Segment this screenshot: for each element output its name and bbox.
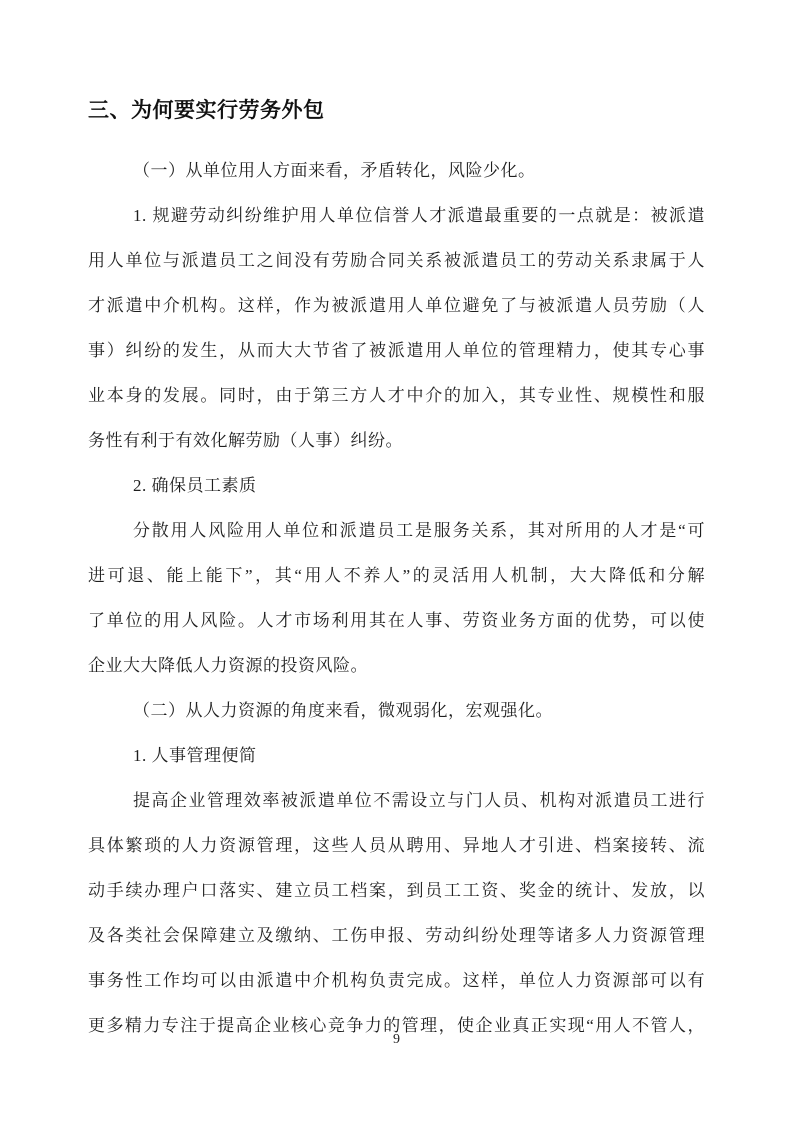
text-line: 进可退、能上能下”，其“用人不养人”的灵活用人机制，大大降低和分解 (88, 553, 705, 598)
text-line: 用人单位与派遣员工之间没有劳励合同关系被派遣员工的劳动关系隶属于人 (88, 238, 705, 283)
text-line: 务性有利于有效化解劳励（人事）纠纷。 (88, 418, 705, 463)
text-line: 提高企业管理效率被派遣单位不需设立与门人员、机构对派遣员工进行 (88, 778, 705, 823)
text-line: 企业大大降低人力资源的投资风险。 (88, 643, 705, 688)
text-line: 事务性工作均可以由派遣中介机构负责完成。这样，单位人力资源部可以有 (88, 958, 705, 1003)
text-line: 1. 人事管理便简 (88, 733, 705, 778)
text-line: 业本身的发展。同时，由于第三方人才中介的加入，其专业性、规模性和服 (88, 373, 705, 418)
text-line: 才派遣中介机构。这样，作为被派遣用人单位避免了与被派遣人员劳励（人 (88, 283, 705, 328)
text-line: （一）从单位用人方面来看，矛盾转化，风险少化。 (88, 148, 705, 193)
text-line: 及各类社会保障建立及缴纳、工伤申报、劳动纠纷处理等诸多人力资源管理 (88, 913, 705, 958)
text-line: 动手续办理户口落实、建立员工档案，到员工工资、奖金的统计、发放，以 (88, 868, 705, 913)
text-line: （二）从人力资源的角度来看，微观弱化，宏观强化。 (88, 688, 705, 733)
text-line: 具体繁琐的人力资源管理，这些人员从聘用、异地人才引进、档案接转、流 (88, 823, 705, 868)
text-line: 1. 规避劳动纠纷维护用人单位信誉人才派遣最重要的一点就是：被派遣 (88, 193, 705, 238)
text-line: 2. 确保员工素质 (88, 463, 705, 508)
page-number: 9 (0, 1031, 793, 1048)
section-heading: 三、为何要实行劳务外包 (88, 0, 705, 122)
text-line: 了单位的用人风险。人才市场利用其在人事、劳资业务方面的优势，可以使 (88, 598, 705, 643)
paragraphs: （一）从单位用人方面来看，矛盾转化，风险少化。1. 规避劳动纠纷维护用人单位信誉… (88, 148, 705, 1048)
text-line: 分散用人风险用人单位和派遣员工是服务关系，其对所用的人才是“可 (88, 508, 705, 553)
text-line: 事）纠纷的发生，从而大大节省了被派遣用人单位的管理精力，使其专心事 (88, 328, 705, 373)
document-page: 三、为何要实行劳务外包 （一）从单位用人方面来看，矛盾转化，风险少化。1. 规避… (0, 0, 793, 1122)
